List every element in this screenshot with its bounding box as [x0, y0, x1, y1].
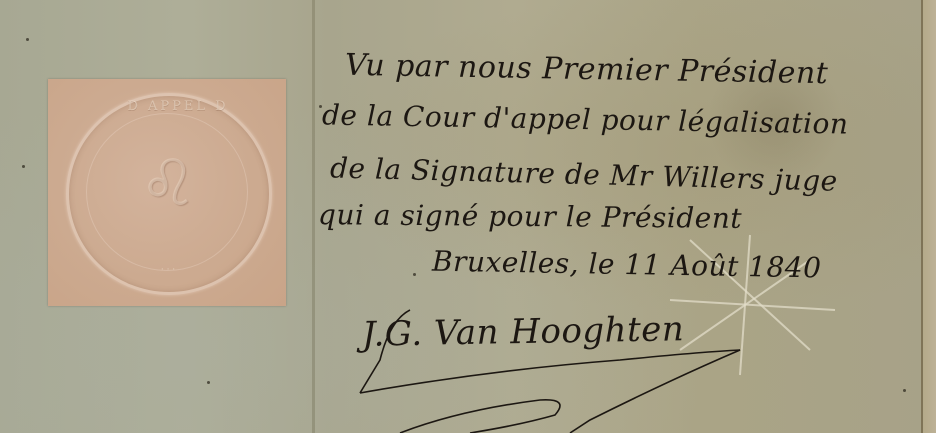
paper-spot [903, 389, 906, 392]
seal-legend: D APPEL D [118, 99, 238, 114]
lion-emblem-icon: ♌ [128, 139, 208, 229]
signature: J.G. Van Hooghten [362, 309, 685, 355]
text-line-4: qui a signé pour le Président [318, 198, 742, 235]
date-line: Bruxelles, le 11 Août 1840 [432, 245, 822, 285]
paper-spot [22, 165, 25, 168]
paper-spot [207, 381, 210, 384]
paper-fold-left [312, 0, 315, 433]
embossed-seal-paper: D APPEL D ♌ · · · [48, 79, 286, 306]
document-page: D APPEL D ♌ · · · Vu par nous Premier Pr… [0, 0, 936, 433]
paper-spot [319, 105, 322, 108]
paper-spot [26, 38, 29, 41]
text-line-1: Vu par nous Premier Président [345, 48, 829, 91]
paper-spot [413, 273, 416, 276]
seal-date-mark: · · · [148, 265, 188, 275]
paper-edge-right [923, 0, 936, 433]
